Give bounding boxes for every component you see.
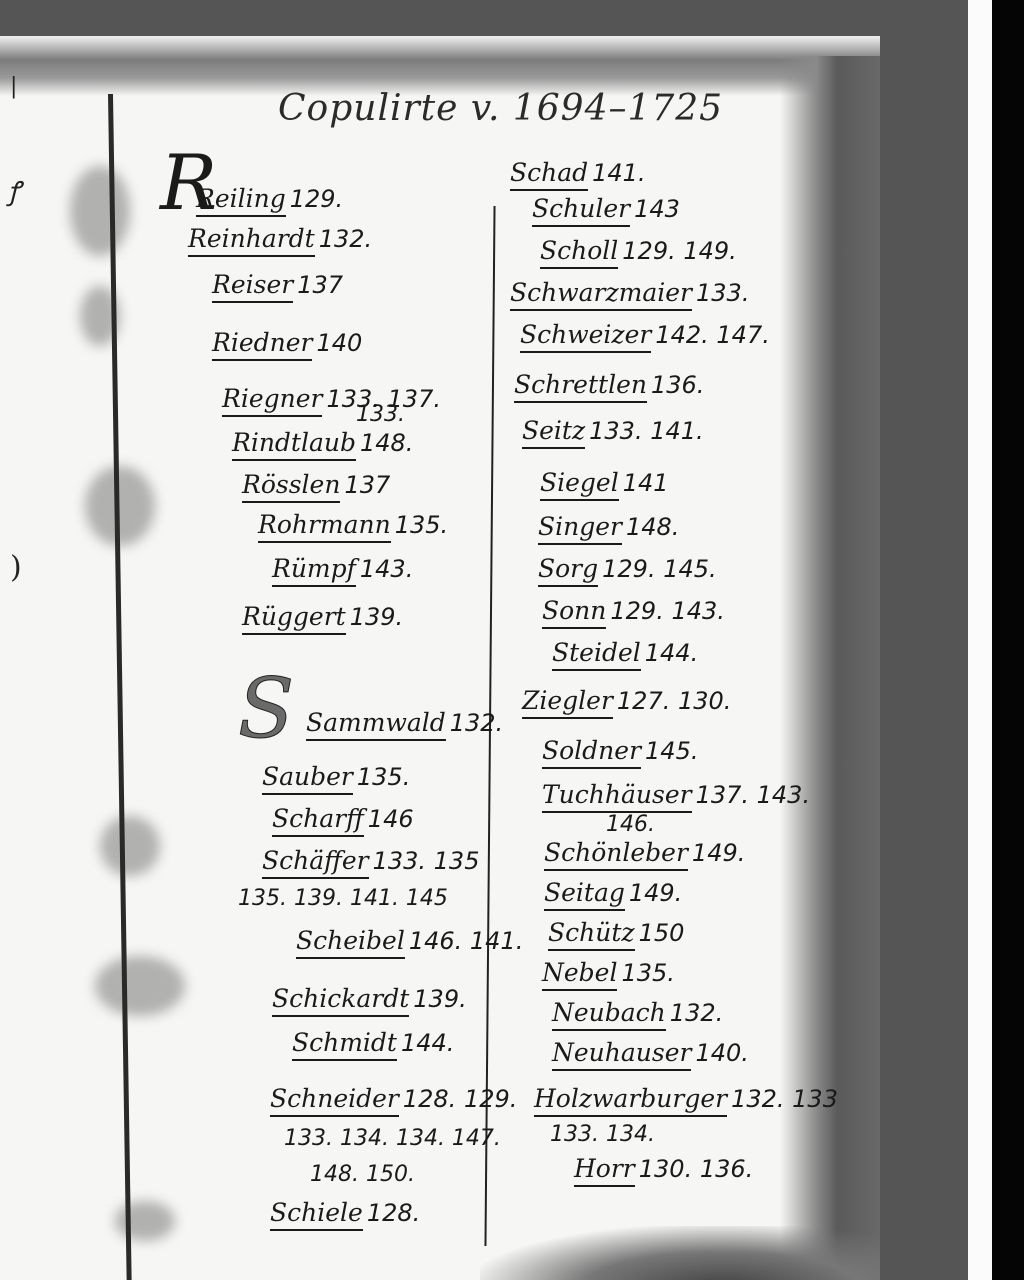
entry-name: Siegel bbox=[540, 468, 619, 501]
index-entry: Rohrmann135. bbox=[258, 512, 448, 537]
entry-pages: 129. bbox=[290, 185, 343, 213]
entry-name: Schrettlen bbox=[514, 370, 647, 403]
entry-name: Singer bbox=[538, 512, 622, 545]
entry-pages-continuation: 133. 134. bbox=[550, 1122, 655, 1147]
entry-name: Holzwarburger bbox=[534, 1084, 727, 1117]
entry-pages: 137. 143. bbox=[696, 781, 811, 809]
index-entry: Schütz150 bbox=[548, 920, 684, 945]
entry-name: Reinhardt bbox=[188, 224, 315, 257]
entry-pages: 146 bbox=[368, 805, 414, 833]
entry-name: Sonn bbox=[542, 596, 606, 629]
index-entry: Scharff146 bbox=[272, 806, 414, 831]
stain bbox=[70, 166, 130, 256]
entry-name: Rümpf bbox=[272, 554, 356, 587]
entry-pages: 142. 147. bbox=[655, 321, 770, 349]
entry-pages: 149. bbox=[692, 839, 745, 867]
index-entry: Rüggert139. bbox=[242, 604, 403, 629]
entry-pages-continuation: 133. 134. 134. 147. bbox=[284, 1126, 501, 1151]
entry-pages: 129. 143. bbox=[610, 597, 725, 625]
index-entry: Schrettlen136. bbox=[514, 372, 704, 397]
entry-pages: 129. 149. bbox=[622, 237, 737, 265]
index-entry: Tuchhäuser137. 143. bbox=[542, 782, 810, 807]
entry-name: Sorg bbox=[538, 554, 598, 587]
entry-name: Scheibel bbox=[296, 926, 405, 959]
entry-pages: 136. bbox=[651, 371, 704, 399]
entry-name: Nebel bbox=[542, 958, 617, 991]
film-border-top bbox=[0, 0, 1024, 38]
margin-mark: | bbox=[10, 74, 17, 99]
index-entry: Steidel144. bbox=[552, 640, 698, 665]
entry-name: Neubach bbox=[552, 998, 666, 1031]
entry-name: Ziegler bbox=[522, 686, 613, 719]
entry-name: Sammwald bbox=[306, 708, 446, 741]
stain bbox=[100, 816, 160, 876]
index-entry: Reinhardt132. bbox=[188, 226, 372, 251]
entry-pages: 140. bbox=[695, 1039, 748, 1067]
entry-pages: 141. bbox=[592, 159, 645, 187]
entry-name: Schiele bbox=[270, 1198, 363, 1231]
entry-name: Rösslen bbox=[242, 470, 340, 503]
index-entry: Neuhauser140. bbox=[552, 1040, 749, 1065]
entry-pages: 132. bbox=[450, 709, 503, 737]
index-entry: Schiele128. bbox=[270, 1200, 420, 1225]
index-entry: Soldner145. bbox=[542, 738, 698, 763]
page-heading: Copulirte v. 1694–1725 bbox=[278, 88, 723, 129]
binding-gutter-line bbox=[108, 94, 132, 1280]
index-entry: Seitz133. 141. bbox=[522, 418, 704, 443]
entry-pages: 137 bbox=[344, 471, 390, 499]
margin-mark: ) bbox=[10, 550, 22, 585]
entry-name: Riedner bbox=[212, 328, 312, 361]
entry-pages: 144. bbox=[401, 1029, 454, 1057]
entry-pages-continuation: 133. bbox=[356, 402, 405, 427]
entry-name: Rohrmann bbox=[258, 510, 391, 543]
entry-pages: 128. bbox=[367, 1199, 420, 1227]
index-entry: Schneider128. 129. bbox=[270, 1086, 517, 1111]
entry-pages: 150 bbox=[639, 919, 685, 947]
entry-pages: 144. bbox=[645, 639, 698, 667]
entry-name: Rindtlaub bbox=[232, 428, 356, 461]
entry-name: Schütz bbox=[548, 918, 635, 951]
entry-name: Soldner bbox=[542, 736, 641, 769]
entry-pages: 132. bbox=[670, 999, 723, 1027]
entry-name: Reiling bbox=[196, 184, 286, 217]
entry-pages: 143. bbox=[360, 555, 413, 583]
entry-name: Schickardt bbox=[272, 984, 409, 1017]
index-entry: Holzwarburger132. 133 bbox=[534, 1086, 838, 1111]
entry-name: Tuchhäuser bbox=[542, 780, 692, 813]
entry-pages: 133. bbox=[696, 279, 749, 307]
index-entry: Schönleber149. bbox=[544, 840, 745, 865]
entry-pages: 141 bbox=[623, 469, 669, 497]
stain bbox=[85, 466, 155, 546]
entry-pages: 146. 141. bbox=[409, 927, 524, 955]
index-entry: Seitag149. bbox=[544, 880, 682, 905]
entry-pages-continuation: 146. bbox=[606, 812, 655, 837]
index-entry: Schmidt144. bbox=[292, 1030, 454, 1055]
entry-pages: 140 bbox=[316, 329, 362, 357]
entry-pages: 127. 130. bbox=[617, 687, 732, 715]
entry-pages: 130. 136. bbox=[639, 1155, 754, 1183]
entry-name: Schwarzmaier bbox=[510, 278, 692, 311]
entry-name: Seitz bbox=[522, 416, 585, 449]
index-entry: Siegel141 bbox=[540, 470, 669, 495]
entry-name: Schäffer bbox=[262, 846, 369, 879]
index-entry: Neubach132. bbox=[552, 1000, 723, 1025]
entry-name: Horr bbox=[574, 1154, 635, 1187]
index-entry: Ziegler127. 130. bbox=[522, 688, 731, 713]
film-edge-white bbox=[968, 0, 992, 1280]
entry-name: Riegner bbox=[222, 384, 322, 417]
index-entry: Sonn129. 143. bbox=[542, 598, 725, 623]
index-entry: Rindtlaub148. bbox=[232, 430, 413, 455]
entry-pages: 139. bbox=[350, 603, 403, 631]
entry-pages: 137 bbox=[297, 271, 343, 299]
entry-pages: 133. 135 bbox=[373, 847, 480, 875]
entry-pages: 135. bbox=[395, 511, 448, 539]
entry-name: Rüggert bbox=[242, 602, 346, 635]
entry-name: Schweizer bbox=[520, 320, 651, 353]
index-entry: Riedner140 bbox=[212, 330, 362, 355]
entry-name: Schuler bbox=[532, 194, 630, 227]
margin-mark: ꝭ bbox=[8, 172, 20, 208]
index-entry: Sorg129. 145. bbox=[538, 556, 717, 581]
entry-pages: 135. bbox=[621, 959, 674, 987]
entry-pages: 148. bbox=[626, 513, 679, 541]
entry-name: Schad bbox=[510, 158, 588, 191]
entry-name: Schneider bbox=[270, 1084, 399, 1117]
entry-pages-continuation: 135. 139. 141. 145 bbox=[238, 886, 448, 911]
index-entry: Schwarzmaier133. bbox=[510, 280, 749, 305]
entry-pages: 135. bbox=[357, 763, 410, 791]
film-edge-black bbox=[992, 0, 1024, 1280]
index-entry: Schweizer142. 147. bbox=[520, 322, 770, 347]
entry-name: Schmidt bbox=[292, 1028, 397, 1061]
index-entry: Schuler143 bbox=[532, 196, 680, 221]
entry-pages: 139. bbox=[413, 985, 466, 1013]
index-entry: Reiser137 bbox=[212, 272, 343, 297]
index-entry: Riegner133. 137. bbox=[222, 386, 441, 411]
entry-name: Sauber bbox=[262, 762, 353, 795]
page-bottom-shadow bbox=[480, 1226, 884, 1280]
entry-pages: 143 bbox=[634, 195, 680, 223]
entry-pages: 132. bbox=[319, 225, 372, 253]
index-entry: Schäffer133. 135 bbox=[262, 848, 479, 873]
entry-pages-continuation: 148. 150. bbox=[310, 1162, 415, 1187]
page-shadow-top bbox=[0, 36, 884, 96]
index-entry: Sauber135. bbox=[262, 764, 410, 789]
stain bbox=[95, 956, 185, 1016]
entry-name: Seitag bbox=[544, 878, 625, 911]
index-entry: Singer148. bbox=[538, 514, 679, 539]
index-entry: Horr130. 136. bbox=[574, 1156, 753, 1181]
index-entry: Rösslen137 bbox=[242, 472, 390, 497]
stain bbox=[115, 1201, 175, 1241]
index-entry: Scheibel146. 141. bbox=[296, 928, 523, 953]
index-entry: Reiling129. bbox=[196, 186, 343, 211]
entry-name: Neuhauser bbox=[552, 1038, 691, 1071]
entry-name: Reiser bbox=[212, 270, 293, 303]
entry-name: Scholl bbox=[540, 236, 618, 269]
index-entry: Schickardt139. bbox=[272, 986, 467, 1011]
entry-pages: 149. bbox=[629, 879, 682, 907]
index-entry: Sammwald132. bbox=[306, 710, 503, 735]
entry-pages: 133. 141. bbox=[589, 417, 704, 445]
index-entry: Nebel135. bbox=[542, 960, 675, 985]
entry-pages: 129. 145. bbox=[602, 555, 717, 583]
entry-pages: 132. 133 bbox=[731, 1085, 838, 1113]
entry-name: Scharff bbox=[272, 804, 364, 837]
index-entry: Schad141. bbox=[510, 160, 646, 185]
index-entry: Rümpf143. bbox=[272, 556, 413, 581]
entry-pages: 148. bbox=[360, 429, 413, 457]
index-entry: Scholl129. 149. bbox=[540, 238, 737, 263]
entry-pages: 145. bbox=[645, 737, 698, 765]
section-letter: S bbox=[238, 662, 294, 757]
entry-name: Steidel bbox=[552, 638, 641, 671]
entry-pages: 128. 129. bbox=[403, 1085, 518, 1113]
entry-name: Schönleber bbox=[544, 838, 688, 871]
